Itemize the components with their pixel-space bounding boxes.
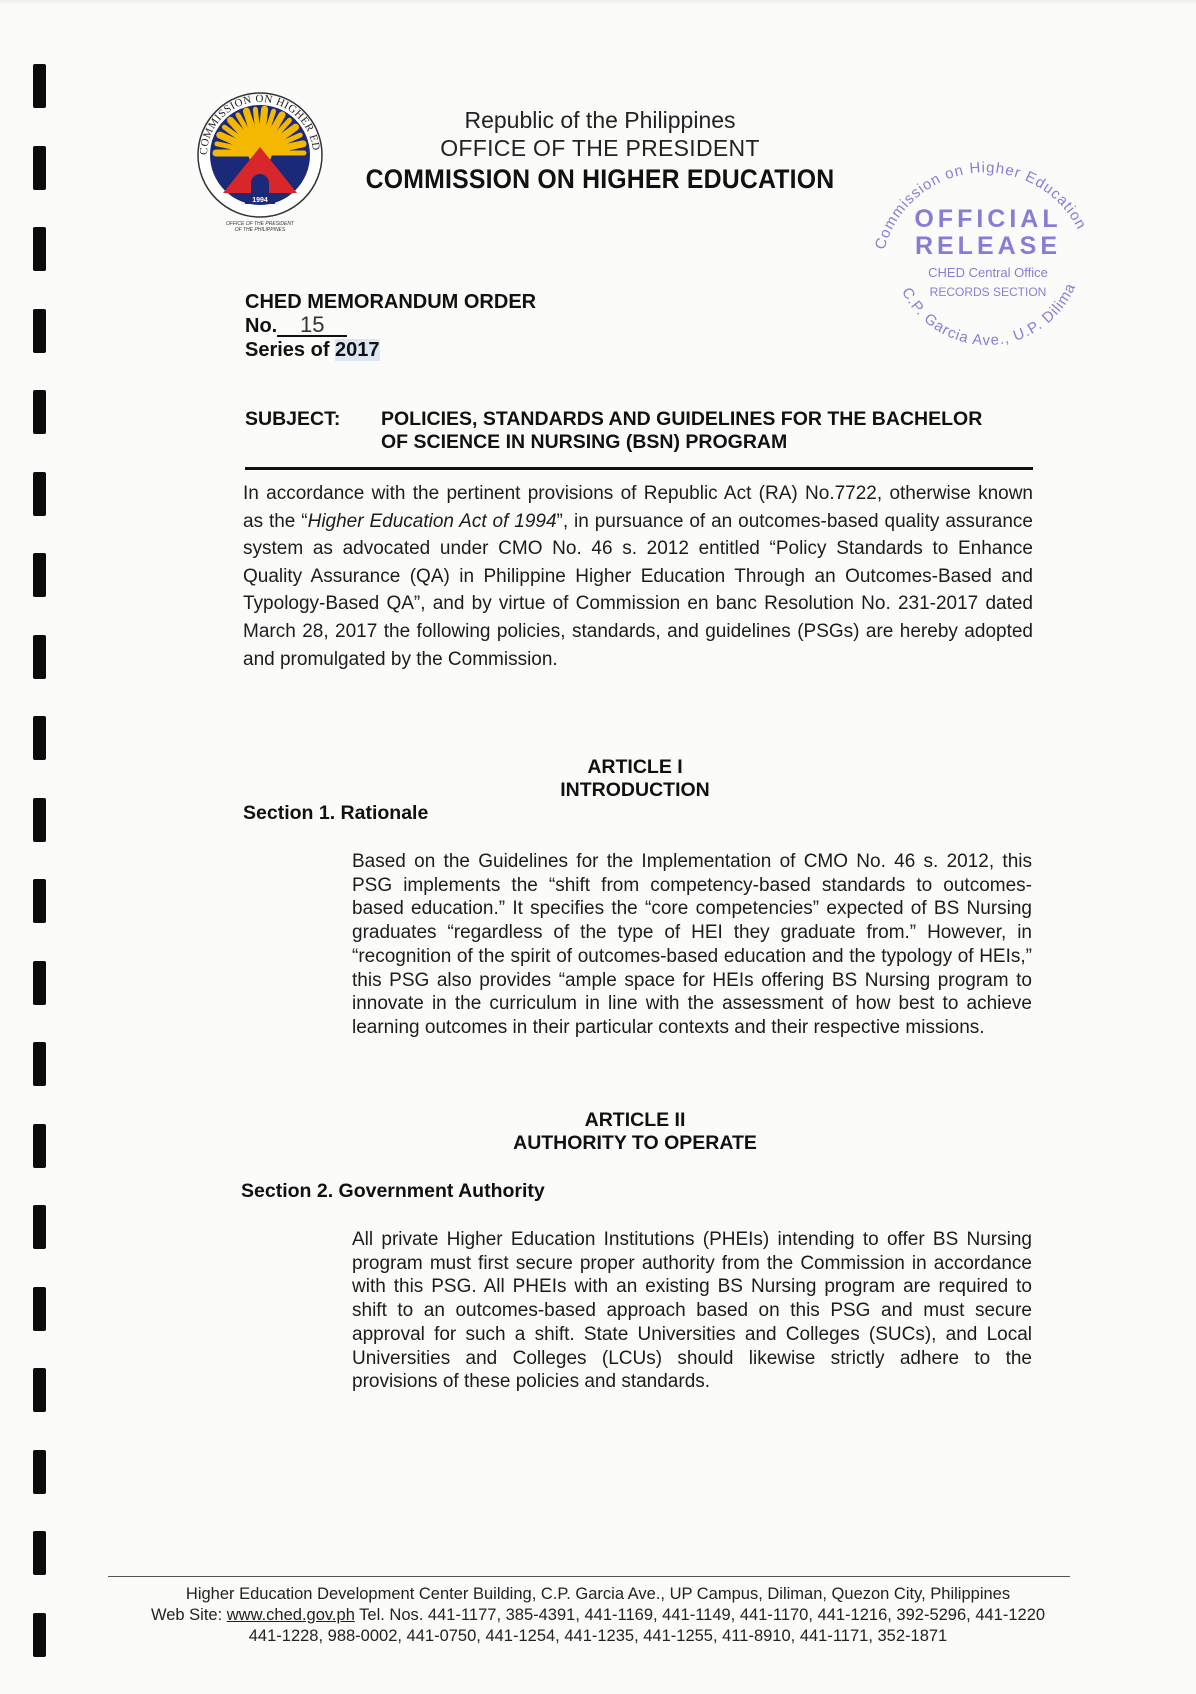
letterhead-republic: Republic of the Philippines <box>340 106 860 134</box>
scan-edge <box>0 0 1196 6</box>
memo-order-block: CHED MEMORANDUM ORDER No.15 Series of 20… <box>245 290 536 362</box>
website-link[interactable]: www.ched.gov.ph <box>227 1606 355 1624</box>
footer-contact-line: Web Site: www.ched.gov.ph Tel. Nos. 441-… <box>60 1605 1136 1626</box>
footer-contact: Higher Education Development Center Buil… <box>60 1584 1136 1647</box>
binding-hole <box>33 879 46 923</box>
memo-series-year: 2017 <box>335 339 380 361</box>
svg-text:OF THE PHILIPPINES: OF THE PHILIPPINES <box>235 227 286 233</box>
letterhead-commission: COMMISSION ON HIGHER EDUCATION <box>361 162 839 196</box>
official-release-stamp: Commission on Higher Education C.P. Garc… <box>860 112 1110 372</box>
binding-hole <box>33 635 46 679</box>
binding-hole <box>33 146 46 190</box>
binding-hole <box>33 1368 46 1412</box>
memo-number-value: 15 <box>277 315 347 337</box>
memo-order-title: CHED MEMORANDUM ORDER <box>245 290 536 314</box>
binding-hole <box>33 553 46 597</box>
ched-logo: 1994 COMMISSION ON HIGHER EDUCATION OFFI… <box>185 75 335 235</box>
svg-text:1994: 1994 <box>252 197 268 204</box>
section-2-body: All private Higher Education Institution… <box>352 1228 1032 1394</box>
binding-hole <box>33 798 46 842</box>
article-1-heading: ARTICLE I INTRODUCTION <box>480 756 790 802</box>
binding-hole <box>33 472 46 516</box>
binding-hole <box>33 1042 46 1086</box>
letterhead-office: OFFICE OF THE PRESIDENT <box>340 134 860 162</box>
subject-text: POLICIES, STANDARDS AND GUIDELINES FOR T… <box>381 408 1031 454</box>
footer-divider <box>108 1576 1070 1577</box>
footer-address: Higher Education Development Center Buil… <box>60 1584 1136 1605</box>
binding-hole <box>33 1287 46 1331</box>
letterhead: Republic of the Philippines OFFICE OF TH… <box>340 106 860 196</box>
binding-hole <box>33 961 46 1005</box>
binding-hole <box>33 227 46 271</box>
section-1-heading: Section 1. Rationale <box>243 802 428 825</box>
binding-hole <box>33 1124 46 1168</box>
binding-hole <box>33 1450 46 1494</box>
article-2-heading: ARTICLE II AUTHORITY TO OPERATE <box>480 1109 790 1155</box>
binding-hole <box>33 716 46 760</box>
section-2-heading: Section 2. Government Authority <box>241 1180 545 1203</box>
subject-label: SUBJECT: <box>245 408 340 431</box>
memo-series: Series of 2017 <box>245 338 536 362</box>
intro-paragraph: In accordance with the pertinent provisi… <box>243 480 1033 673</box>
section-1-body: Based on the Guidelines for the Implemen… <box>352 850 1032 1040</box>
binding-hole <box>33 1205 46 1249</box>
binding-hole <box>33 64 46 108</box>
footer-phone-numbers: 441-1228, 988-0002, 441-0750, 441-1254, … <box>60 1626 1136 1647</box>
binding-hole <box>33 1613 46 1657</box>
binding-hole <box>33 1531 46 1575</box>
memo-order-number: No.15 <box>245 314 536 338</box>
svg-text:OFFICIAL: OFFICIAL <box>914 205 1061 233</box>
binding-hole <box>33 309 46 353</box>
document-page: 1994 COMMISSION ON HIGHER EDUCATION OFFI… <box>0 0 1196 1694</box>
svg-text:RELEASE: RELEASE <box>915 232 1061 260</box>
subject-divider <box>245 467 1033 470</box>
binding-hole <box>33 390 46 434</box>
svg-text:RECORDS SECTION: RECORDS SECTION <box>930 285 1047 299</box>
svg-text:CHED Central Office: CHED Central Office <box>928 265 1048 280</box>
